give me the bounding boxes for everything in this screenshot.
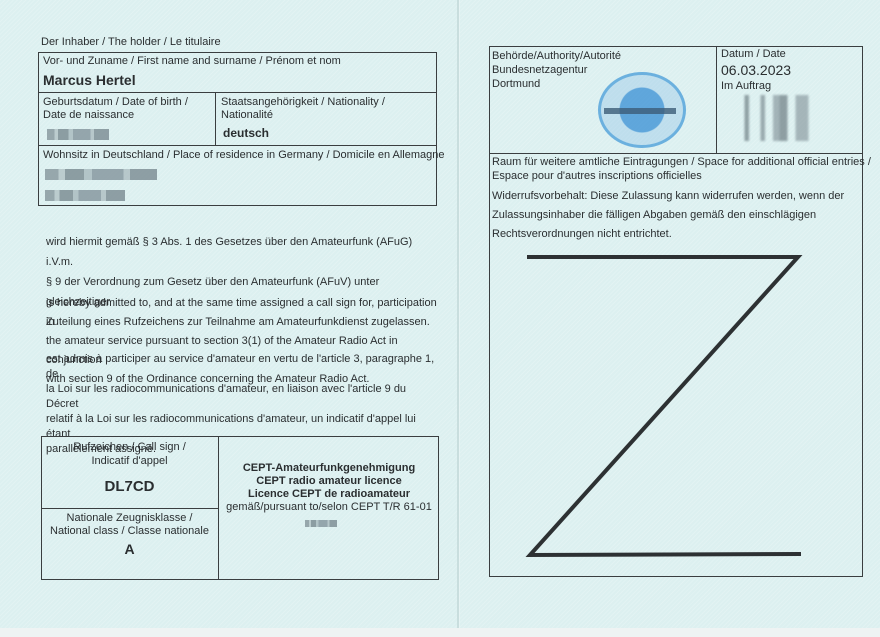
divider [215,92,216,145]
dob-label-2: Date de naissance [43,109,134,122]
class-label-2: National class / Classe nationale [41,525,218,538]
authority-name: Bundesnetzagentur [492,64,587,77]
text-line: Zulassungsinhaber die fälligen Abgaben g… [492,206,844,225]
divider [716,46,717,154]
seal-redaction [604,108,676,114]
nationality-label-1: Staatsangehörigkeit / Nationality / [221,96,385,109]
text-line: est admis à participer au service d'amat… [46,352,441,382]
text-line: is hereby admitted to, and at the same t… [46,294,441,332]
residence-label: Wohnsitz in Deutschland / Place of resid… [43,149,445,162]
dob-label-1: Geburtsdatum / Date of birth / [43,96,188,109]
on-behalf-label: Im Auftrag [721,80,771,93]
page-fold-highlight [459,0,460,628]
signature-redacted [738,95,818,141]
date-label: Datum / Date [721,48,786,61]
divider [41,508,218,509]
scan-bottom-edge [0,628,880,637]
divider [38,92,437,93]
cept-reference: gemäß/pursuant to/selon CEPT T/R 61-01 [219,501,439,513]
callsign-label-2: Indicatif d'appel [41,455,218,468]
callsign-label-1: Rufzeichen / Call sign / [41,441,218,454]
z-strike-icon [480,240,880,600]
cept-title-2: CEPT radio amateur licence [219,475,439,487]
holder-heading: Der Inhaber / The holder / Le titulaire [41,36,221,49]
divider [38,145,437,146]
class-label-1: Nationale Zeugnisklasse / [41,512,218,525]
residence-street-redacted [45,169,157,180]
text-line: wird hiermit gemäß § 3 Abs. 1 des Gesetz… [46,232,441,272]
cept-title-1: CEPT-Amateurfunkgenehmigung [219,462,439,474]
class-value: A [41,541,218,557]
additional-entries-label-1: Raum für weitere amtliche Eintragungen /… [492,156,871,169]
name-value: Marcus Hertel [43,72,136,88]
cept-number-redacted [305,520,337,527]
text-line: la Loi sur les radiocommunications d'ama… [46,382,441,412]
text-line: Widerrufsvorbehalt: Diese Zulassung kann… [492,187,844,206]
additional-entries-label-2: Espace pour d'autres inscriptions offici… [492,170,702,183]
date-value: 06.03.2023 [721,62,791,78]
authority-city: Dortmund [492,78,540,91]
nationality-value: deutsch [223,126,269,140]
authority-label: Behörde/Authority/Autorité [492,50,621,63]
nationality-label-2: Nationalité [221,109,273,122]
residence-city-redacted [45,190,125,201]
cept-title-3: Licence CEPT de radioamateur [219,488,439,500]
dob-value-redacted [47,129,109,140]
name-label: Vor- und Zuname / First name and surname… [43,55,341,68]
callsign-value: DL7CD [41,478,218,495]
revocation-clause: Widerrufsvorbehalt: Diese Zulassung kann… [492,187,844,244]
